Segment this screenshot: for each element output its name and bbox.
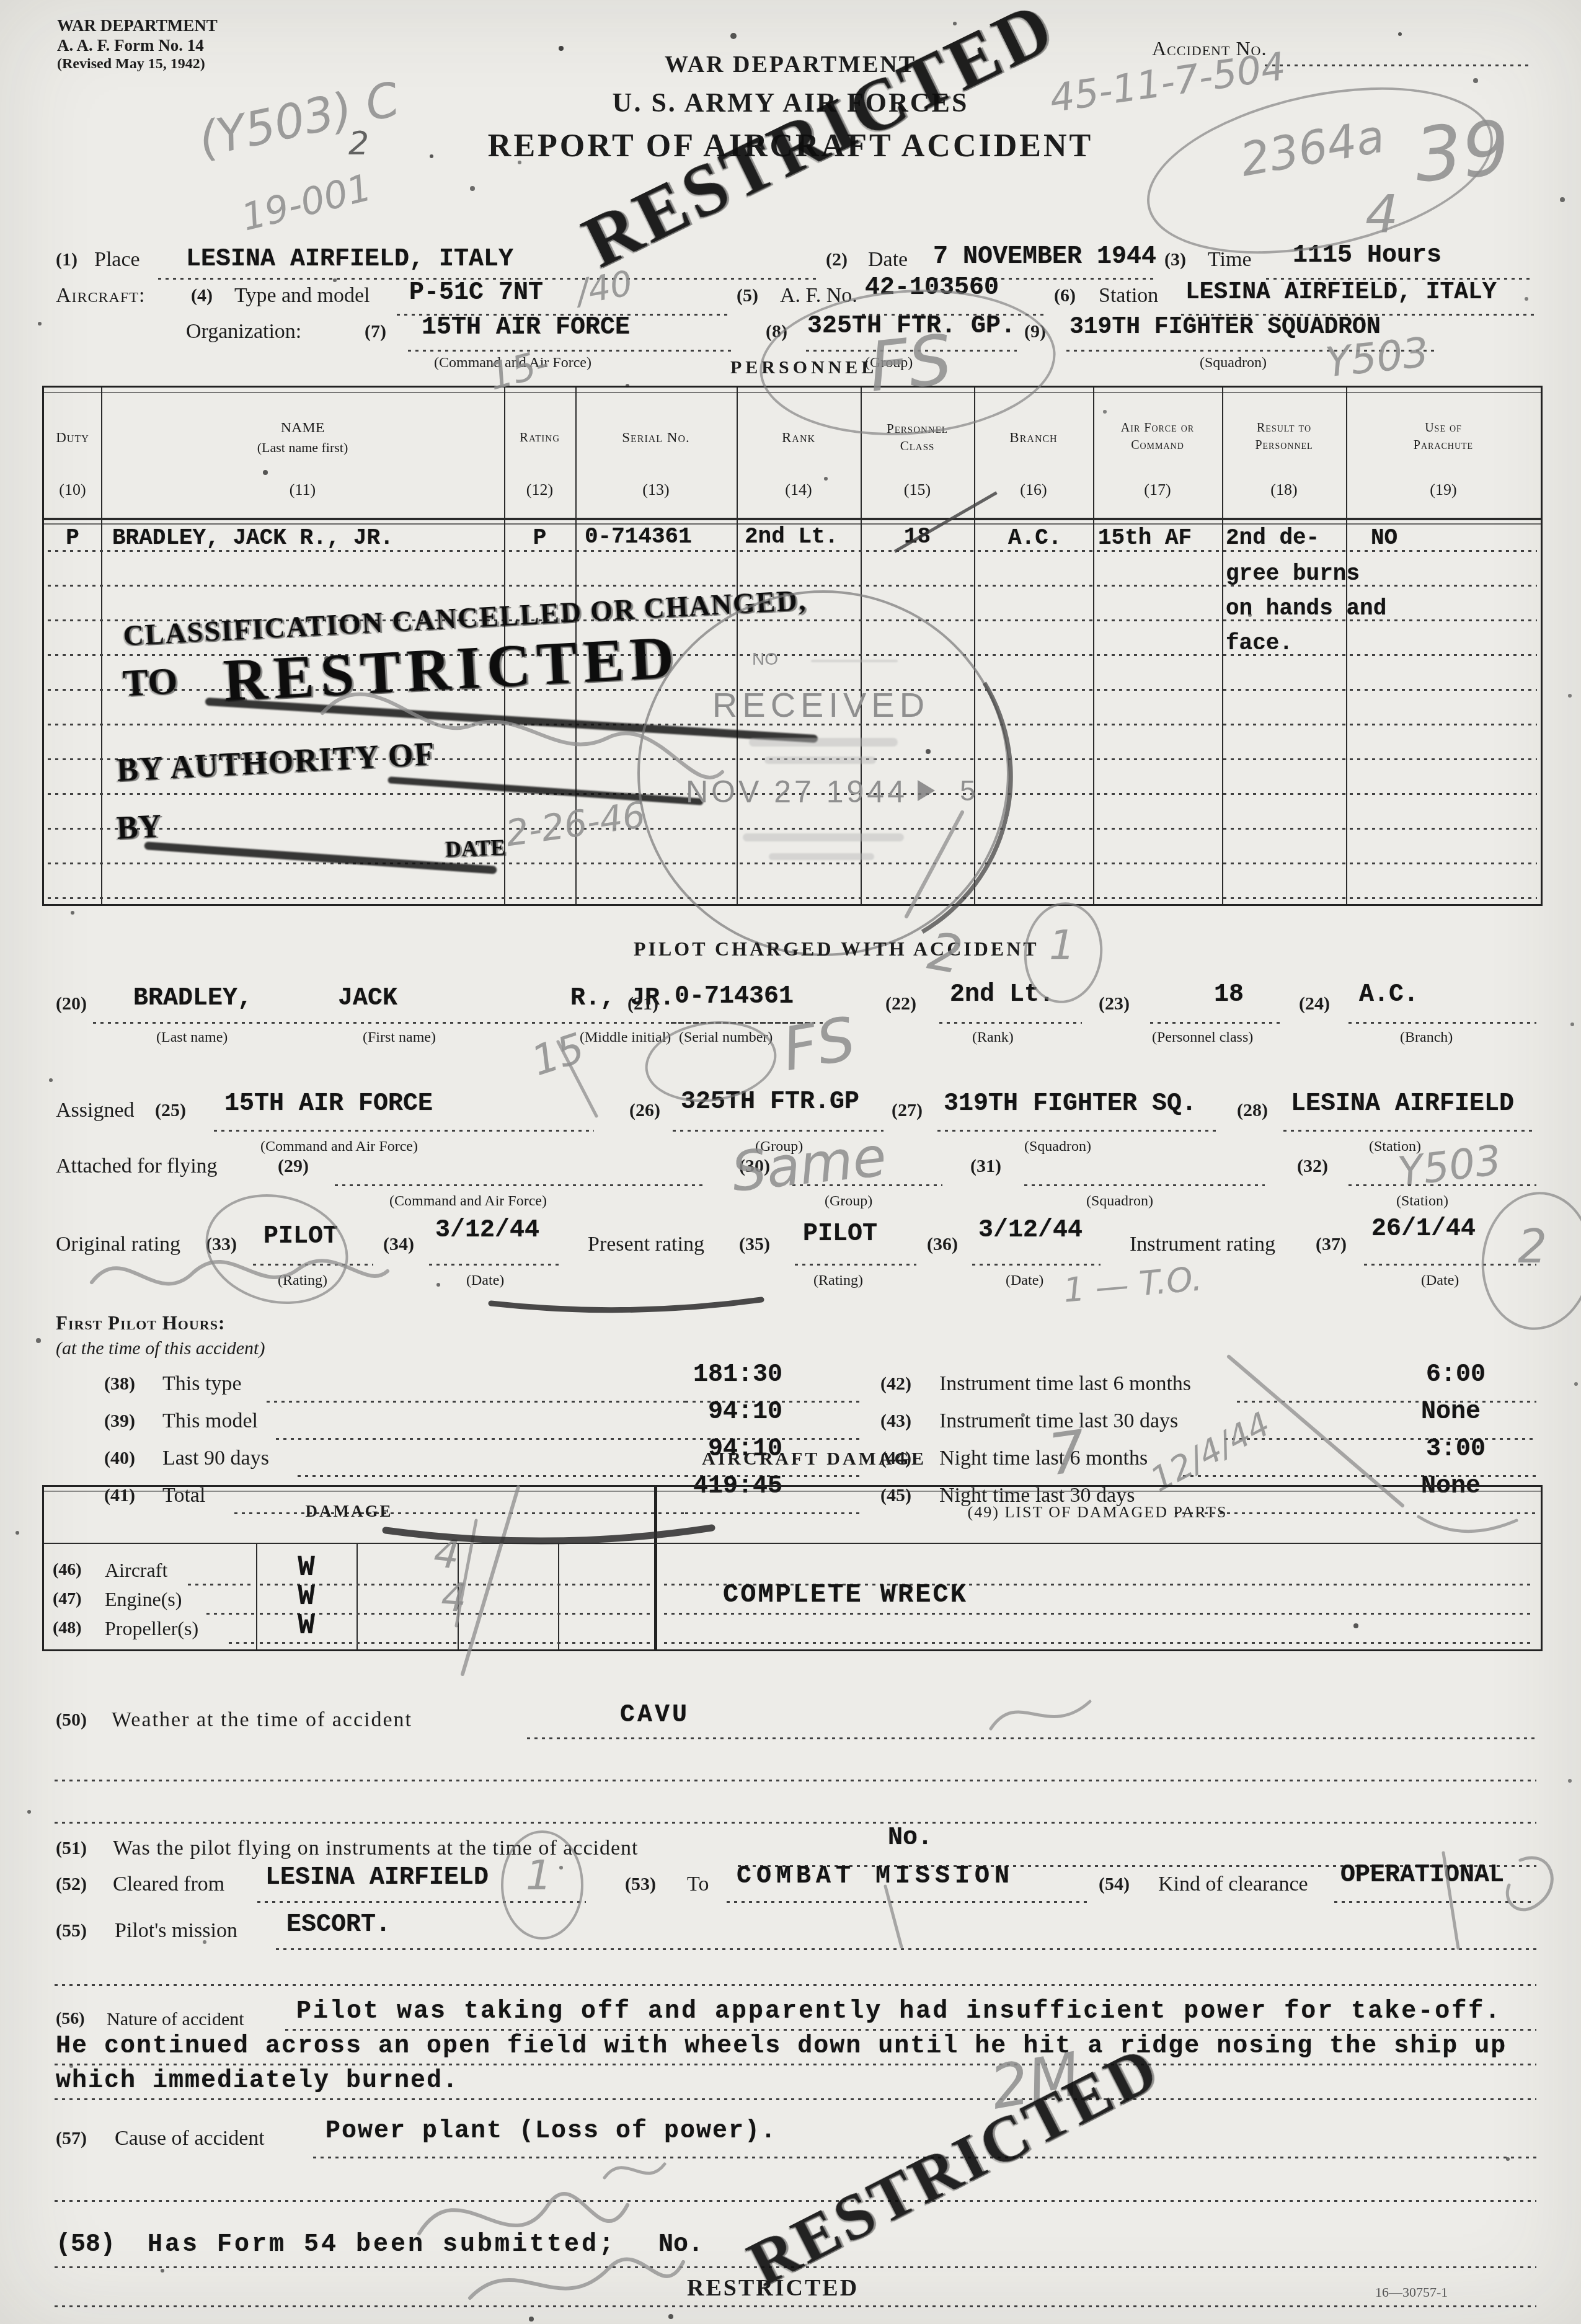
- scanned-accident-report-page: WAR DEPARTMENT A. A. F. Form No. 14 (Rev…: [0, 0, 1581, 2324]
- scan-speckles: [0, 0, 1581, 2324]
